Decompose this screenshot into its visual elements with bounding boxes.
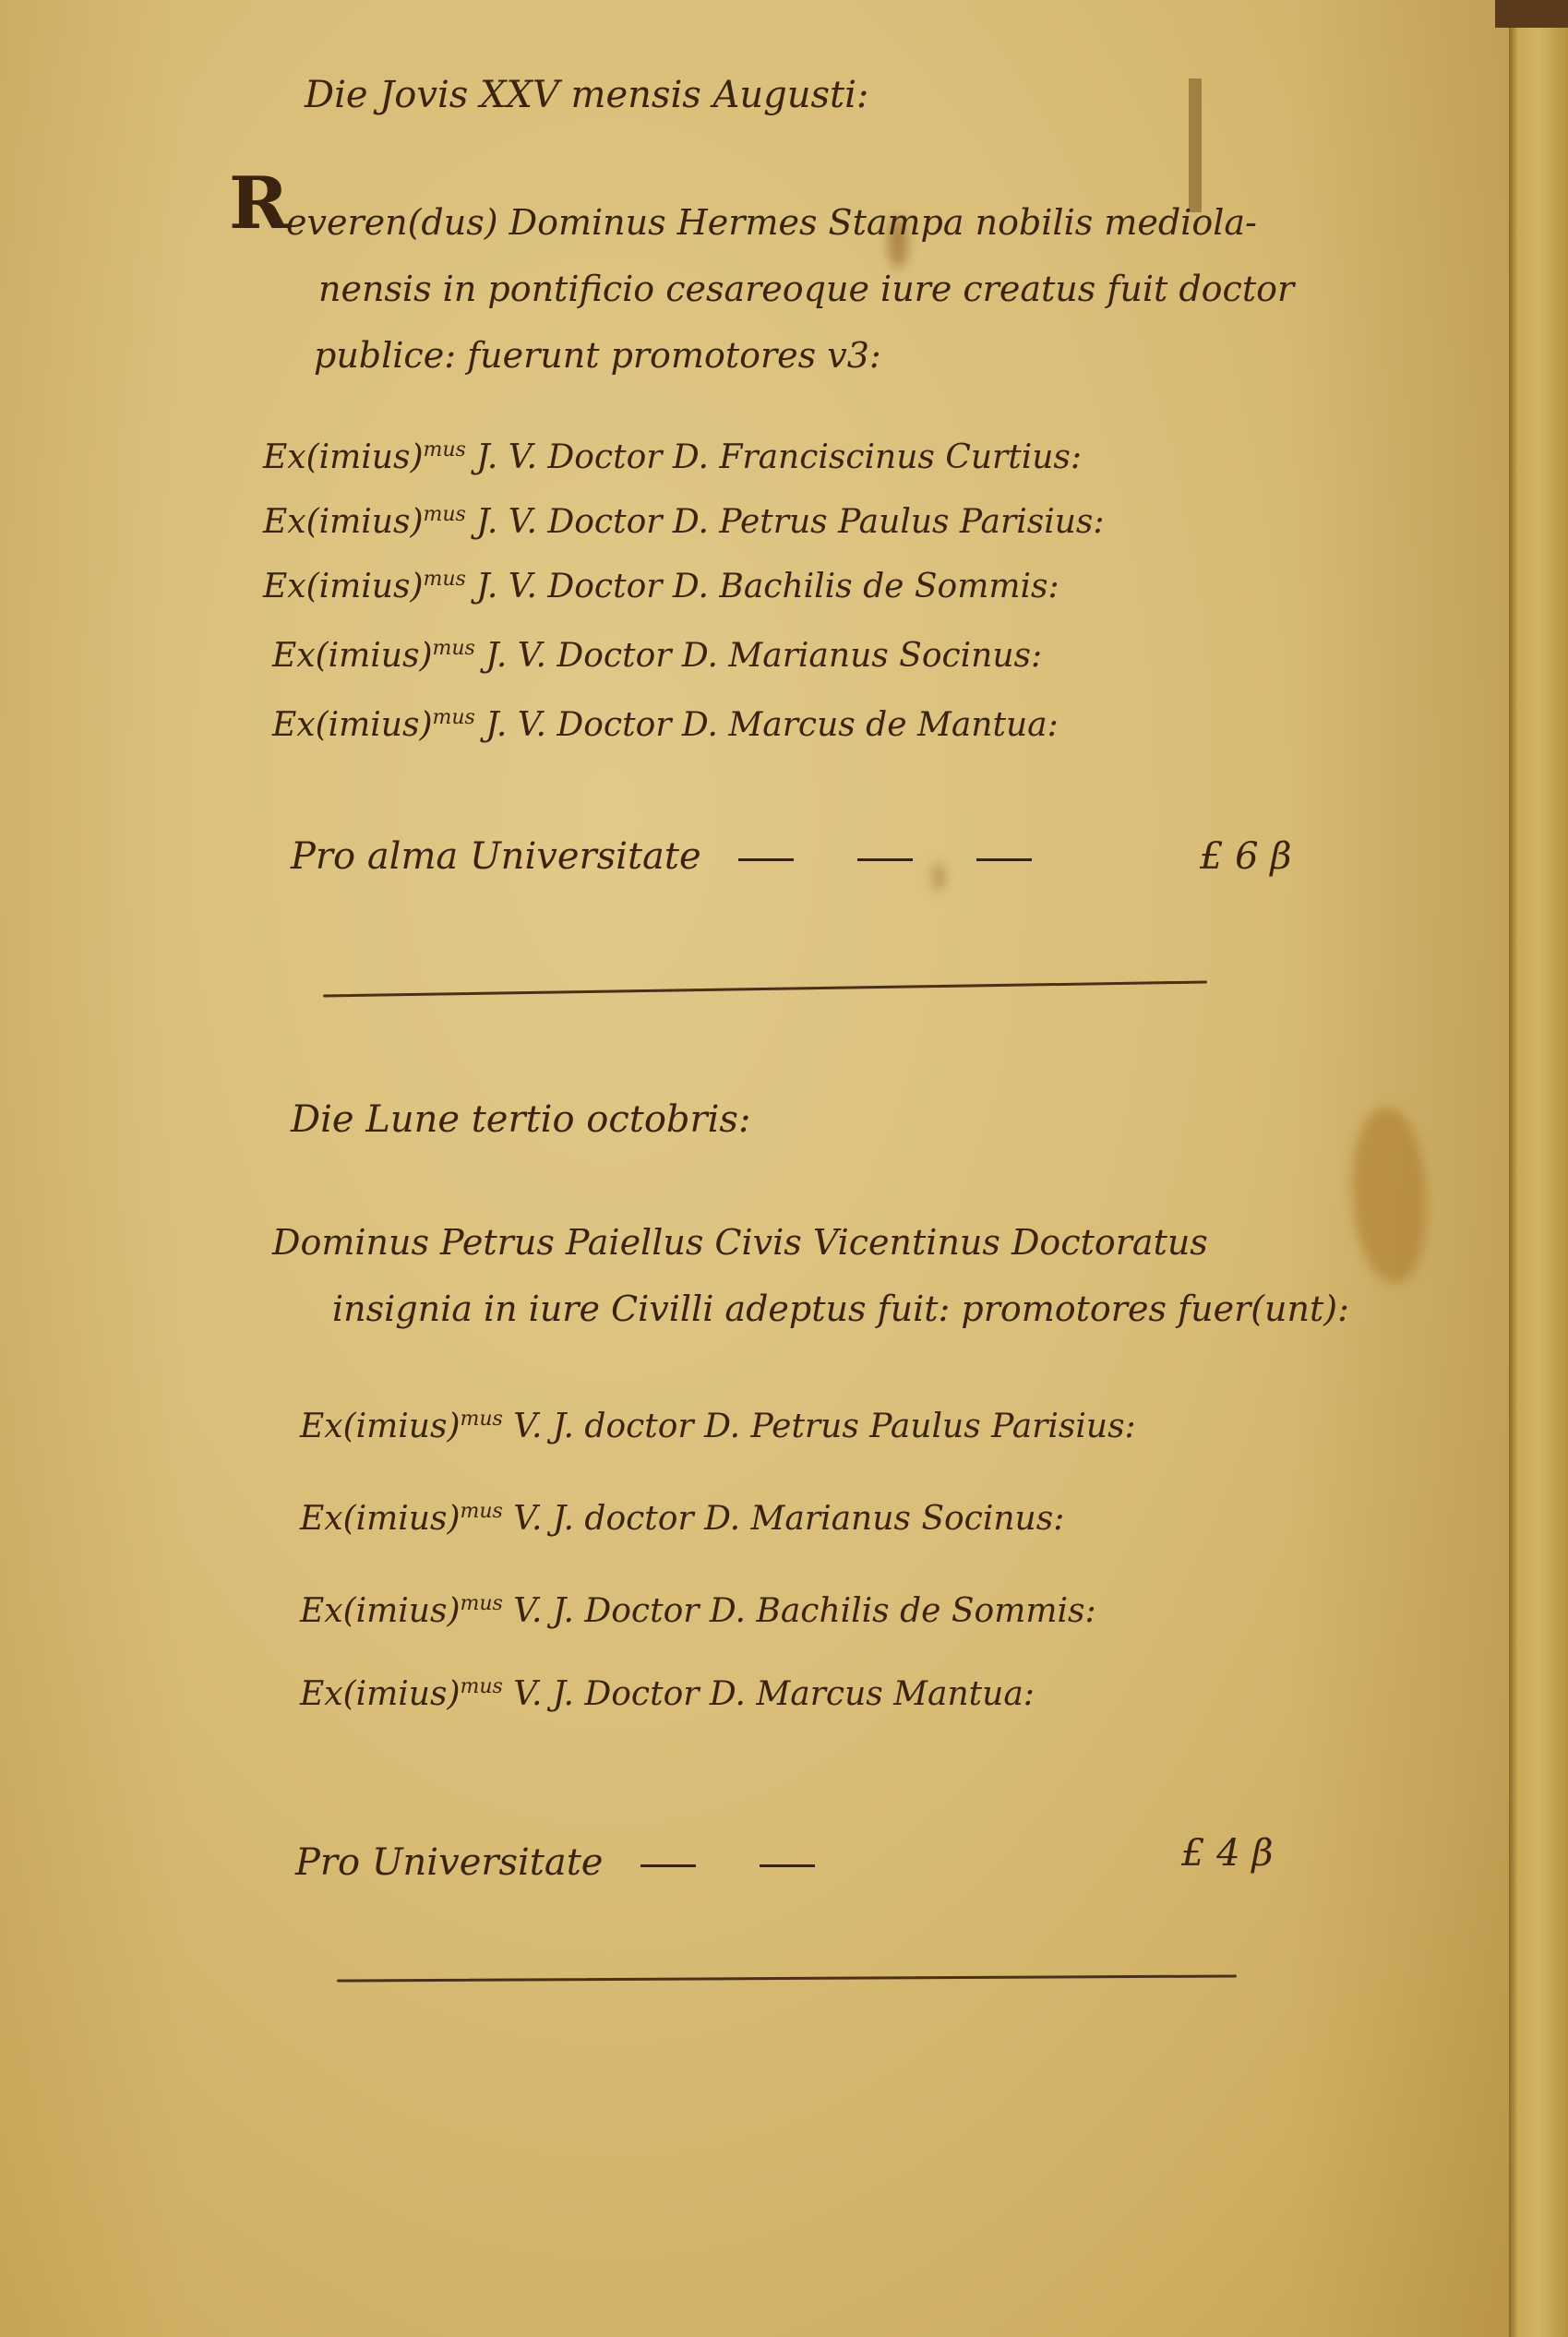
promoter-name: Marianus Socinus: bbox=[728, 637, 1042, 675]
promoter-title-sup: mus bbox=[424, 503, 466, 526]
payment-label: Pro Universitate bbox=[295, 1841, 603, 1884]
promoter-name: Bachilis de Sommis: bbox=[756, 1592, 1095, 1630]
promoter-title: Ex(imius) bbox=[300, 1592, 461, 1630]
promoter-title: Ex(imius) bbox=[263, 568, 424, 605]
promoter-title: Ex(imius) bbox=[300, 1500, 461, 1538]
promoter-degree: J. V. Doctor D. bbox=[485, 706, 718, 744]
promoter-name: Petrus Paulus Parisius: bbox=[751, 1408, 1136, 1445]
binding-shadow bbox=[1495, 0, 1568, 28]
promoter-title: Ex(imius) bbox=[263, 438, 424, 476]
entry-1-promoter: Ex(imius)mus J. V. Doctor D. Bachilis de… bbox=[263, 568, 1059, 605]
entry-1-amount: £ 6 β bbox=[1200, 835, 1291, 878]
promoter-title: Ex(imius) bbox=[272, 706, 433, 744]
section-divider bbox=[337, 1974, 1237, 1982]
entry-2-line-1: Dominus Petrus Paiellus Civis Vicentinus… bbox=[272, 1209, 1208, 1276]
entry-2-promoter: Ex(imius)mus V. J. Doctor D. Bachilis de… bbox=[300, 1592, 1096, 1630]
entry-1-promoter: Ex(imius)mus J. V. Doctor D. Petrus Paul… bbox=[263, 503, 1105, 541]
entry-1-promoter: Ex(imius)mus J. V. Doctor D. Marcus de M… bbox=[272, 706, 1059, 744]
entry-2-promoter: Ex(imius)mus V. J. doctor D. Petrus Paul… bbox=[300, 1408, 1136, 1445]
entry-1-line-1: everen(dus) Dominus Hermes Stampa nobili… bbox=[286, 189, 1257, 256]
payment-label: Pro alma Universitate bbox=[291, 835, 701, 878]
promoter-degree: V. J. Doctor D. bbox=[513, 1675, 746, 1713]
promoter-name: Marianus Socinus: bbox=[751, 1500, 1065, 1538]
entry-1-promoter: Ex(imius)mus J. V. Doctor D. Marianus So… bbox=[272, 637, 1042, 675]
promoter-title: Ex(imius) bbox=[263, 503, 424, 541]
promoter-title: Ex(imius) bbox=[300, 1675, 461, 1713]
promoter-name: Bachilis de Sommis: bbox=[719, 568, 1059, 605]
promoter-title-sup: mus bbox=[424, 568, 466, 591]
entry-2-payment: Pro Universitate bbox=[295, 1841, 841, 1884]
promoter-title-sup: mus bbox=[461, 1592, 503, 1615]
promoter-degree: J. V. Doctor D. bbox=[485, 637, 718, 675]
promoter-title: Ex(imius) bbox=[272, 637, 433, 675]
filler-dash bbox=[976, 858, 1032, 861]
promoter-title-sup: mus bbox=[424, 438, 466, 461]
promoter-title-sup: mus bbox=[461, 1408, 503, 1431]
entry-2-date: Die Lune tertio octobris: bbox=[291, 1098, 750, 1141]
promoter-degree: V. J. Doctor D. bbox=[513, 1592, 746, 1630]
promoter-degree: V. J. doctor D. bbox=[513, 1408, 740, 1445]
promoter-name: Marcus Mantua: bbox=[756, 1675, 1035, 1713]
entry-2-line-2: insignia in iure Civilli adeptus fuit: p… bbox=[332, 1276, 1349, 1342]
water-stain bbox=[1352, 1108, 1426, 1283]
promoter-name: Marcus de Mantua: bbox=[728, 706, 1058, 744]
entry-2-promoter: Ex(imius)mus V. J. Doctor D. Marcus Mant… bbox=[300, 1675, 1035, 1713]
entry-1-initial: R bbox=[229, 162, 289, 246]
filler-dash bbox=[738, 858, 794, 861]
entry-1-line-2: nensis in pontificio cesareoque iure cre… bbox=[318, 256, 1294, 322]
promoter-title-sup: mus bbox=[433, 706, 475, 729]
entry-1-payment: Pro alma Universitate bbox=[291, 835, 1058, 878]
promoter-degree: J. V. Doctor D. bbox=[476, 438, 709, 476]
entry-1-promoter: Ex(imius)mus J. V. Doctor D. Franciscinu… bbox=[263, 438, 1082, 476]
promoter-degree: V. J. doctor D. bbox=[513, 1500, 740, 1538]
filler-dash bbox=[760, 1864, 815, 1867]
adjacent-page-edge bbox=[1509, 0, 1568, 2337]
filler-dash bbox=[857, 858, 913, 861]
entry-2-amount: £ 4 β bbox=[1181, 1832, 1273, 1875]
filler-dash bbox=[640, 1864, 696, 1867]
entry-2-promoter: Ex(imius)mus V. J. doctor D. Marianus So… bbox=[300, 1500, 1064, 1538]
promoter-name: Franciscinus Curtius: bbox=[719, 438, 1082, 476]
entry-1-date: Die Jovis XXV mensis Augusti: bbox=[305, 74, 868, 116]
promoter-name: Petrus Paulus Parisius: bbox=[719, 503, 1104, 541]
manuscript-page: Die Jovis XXV mensis Augusti: R everen(d… bbox=[0, 0, 1523, 2337]
promoter-degree: J. V. Doctor D. bbox=[476, 503, 709, 541]
promoter-title-sup: mus bbox=[461, 1675, 503, 1698]
section-divider bbox=[323, 980, 1207, 997]
promoter-title-sup: mus bbox=[433, 637, 475, 660]
promoter-degree: J. V. Doctor D. bbox=[476, 568, 709, 605]
entry-1-line-3: publice: fuerunt promotores v3: bbox=[314, 322, 881, 389]
promoter-title: Ex(imius) bbox=[300, 1408, 461, 1445]
promoter-title-sup: mus bbox=[461, 1500, 503, 1523]
